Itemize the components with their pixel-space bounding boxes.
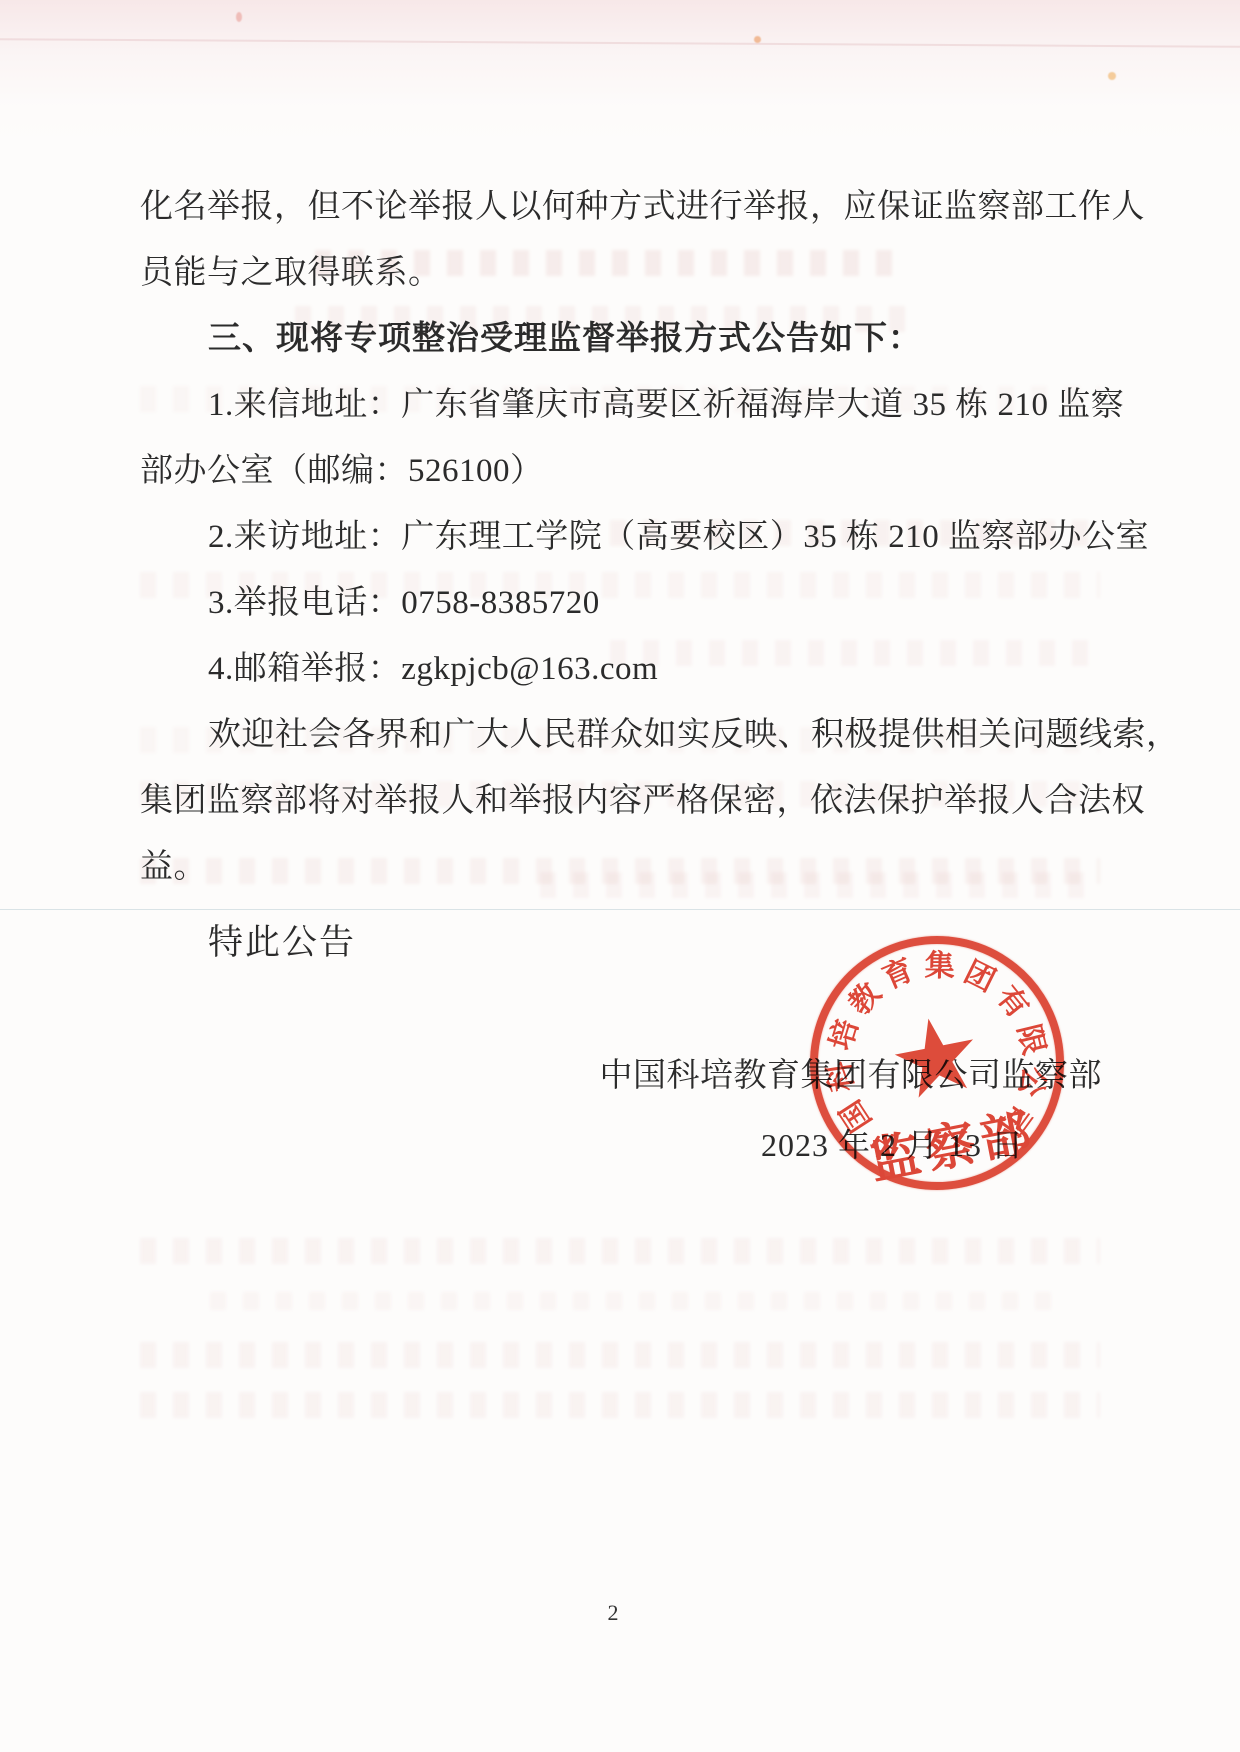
body-line: 4.邮箱举报：zgkpjcb@163.com bbox=[140, 636, 1115, 702]
body-line: 3.举报电话：0758-8385720 bbox=[140, 570, 1115, 636]
body-line: 益。 bbox=[140, 834, 1115, 900]
scan-speck bbox=[1108, 72, 1116, 80]
bleed-through-artifact bbox=[210, 1292, 1060, 1310]
bleed-through-artifact bbox=[140, 1392, 1100, 1418]
seal-ring-char: 有 bbox=[988, 979, 1036, 1027]
body-line: 化名举报，但不论举报人以何种方式进行举报，应保证监察部工作人 bbox=[140, 174, 1115, 240]
seal-ring-char: 教 bbox=[841, 975, 889, 1023]
bleed-through-artifact bbox=[140, 1238, 1100, 1264]
body-line: 欢迎社会各界和广大人民群众如实反映、积极提供相关问题线索， bbox=[140, 702, 1115, 768]
scan-speck bbox=[754, 36, 761, 43]
scan-speck bbox=[236, 12, 242, 22]
bleed-through-artifact bbox=[140, 1342, 1100, 1368]
body-line: 1.来信地址：广东省肇庆市高要区祈福海岸大道 35 栋 210 监察 bbox=[140, 372, 1115, 438]
body-line: 2.来访地址：广东理工学院（高要校区）35 栋 210 监察部办公室 bbox=[140, 504, 1115, 570]
signature-date: 2023 年 2 月 13 日 bbox=[761, 1113, 1024, 1177]
seal-ring-text: 中国科培教育集团有限公司 bbox=[773, 899, 1048, 952]
page-number: 2 bbox=[0, 1600, 1226, 1626]
body-text: 化名举报，但不论举报人以何种方式进行举报，应保证监察部工作人员能与之取得联系。三… bbox=[140, 174, 1115, 900]
body-line: 集团监察部将对举报人和举报内容严格保密，依法保护举报人合法权 bbox=[140, 768, 1115, 834]
body-line: 部办公室（邮编：526100） bbox=[140, 438, 1115, 504]
scan-faint-rule bbox=[0, 909, 1240, 910]
body-line: 员能与之取得联系。 bbox=[140, 240, 1115, 306]
seal-ring-char: 集 bbox=[922, 950, 957, 985]
closing-statement: 特此公告 bbox=[208, 921, 356, 965]
seal-ring-char: 育 bbox=[876, 953, 921, 998]
seal-ring-char: 团 bbox=[957, 954, 1003, 1000]
scan-edge-line bbox=[0, 38, 1240, 48]
document-page: 化名举报，但不论举报人以何种方式进行举报，应保证监察部工作人员能与之取得联系。三… bbox=[0, 0, 1240, 1752]
scan-haze-artifact bbox=[0, 0, 1240, 150]
body-line-heading: 三、现将专项整治受理监督举报方式公告如下： bbox=[140, 306, 1115, 372]
signature-org: 中国科培教育集团有限公司监察部 bbox=[600, 1043, 1103, 1109]
